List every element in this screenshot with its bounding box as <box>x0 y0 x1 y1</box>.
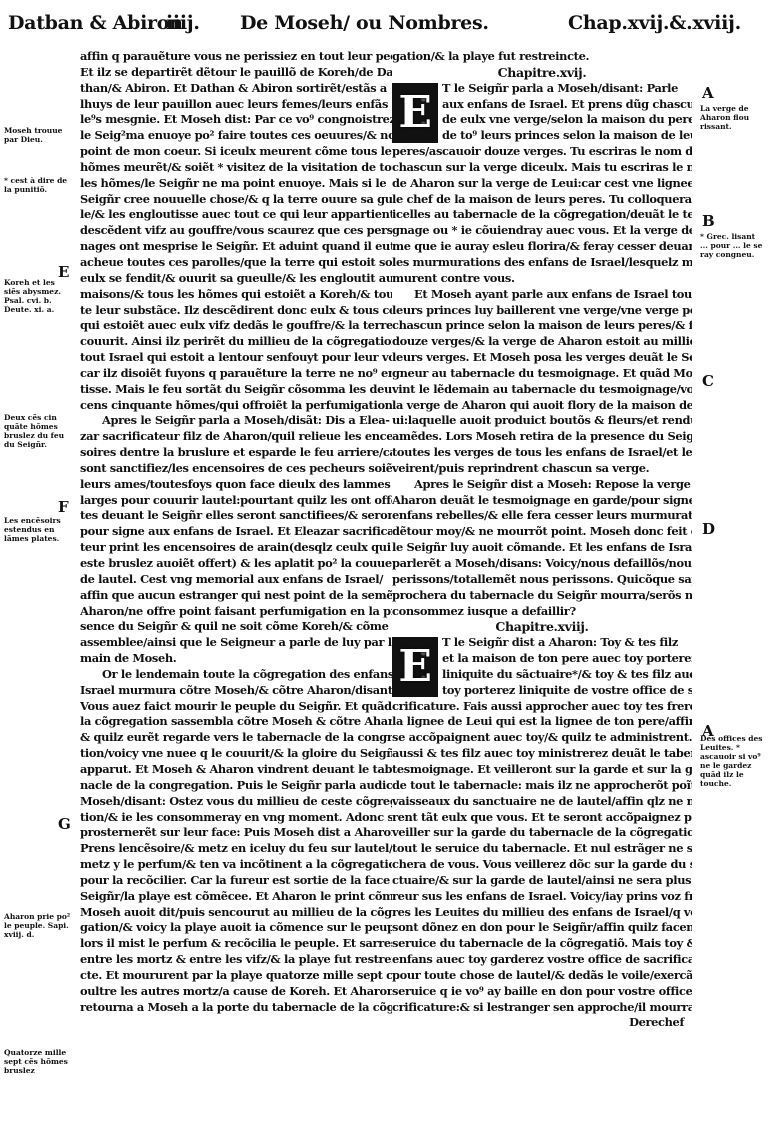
text-line: de Aharon sur la verge de Leui:car cest … <box>392 176 692 192</box>
text-line: tout le seruice du tabernacle. Et nul es… <box>392 841 692 857</box>
text-line: douze verges/& la verge de Aharon estoit… <box>392 334 692 350</box>
text-line: affin q parauẽture vous ne perissiez en … <box>80 49 392 65</box>
text-line: teur print les encensoires de arain(desq… <box>80 540 392 556</box>
text-line: than/& Abiron. Et Dathan & Abiron sortir… <box>80 81 392 97</box>
header-left-title: Datban & Abiron <box>8 12 183 34</box>
text-line: Seigñr cree nouuelle chose/& q la terre … <box>80 192 392 208</box>
text-line: te leur substãce. Ilz descẽdirent donc e… <box>80 303 392 319</box>
text-line: le Seig²ma enuoye po² faire toutes ces o… <box>80 128 392 144</box>
text-line: pour toute chose de lautel/& dedãs le vo… <box>392 968 692 984</box>
text-line: dẽtour moy/& ne mourrõt point. Moseh don… <box>392 524 692 540</box>
text-line: zar sacrificateur filz de Aharon/quil re… <box>80 429 392 445</box>
left-text-column: affin q parauẽture vous ne perissiez en … <box>80 49 392 1015</box>
text-line: descẽdent vifz au gouffre/vous scaurez q… <box>80 223 392 239</box>
text-line: apparut. Et Moseh & Aharon vindrent deua… <box>80 762 392 778</box>
text-line: aussi & tes filz auec toy ministrerez de… <box>392 746 692 762</box>
text-line: Prens lencẽsoire/& metz en iceluy du feu… <box>80 841 392 857</box>
text-line: lhuys de leur pauillon auec leurs femes/… <box>80 97 392 113</box>
text-line: le Seigñr luy auoit cõmande. Et les enfa… <box>392 540 692 556</box>
text-line: les murmurations des enfans de Israel/le… <box>392 255 692 271</box>
text-line: seruice q ie vo⁹ ay baille en don pour v… <box>392 984 692 1000</box>
chapter-range: Chap.xvij.&.xviij. <box>568 12 741 34</box>
folio-number: iiij. <box>166 12 200 34</box>
text-line: prochera du tabernacle du Seigñr mourra/… <box>392 588 692 604</box>
running-header: Datban & Abiron iiij. De Moseh/ ou Nombr… <box>8 12 760 44</box>
text-line: Or le lendemain toute la cõgregation des… <box>80 667 392 683</box>
text-line: hõmes meurẽt/& soiẽt * visitez de la vis… <box>80 160 392 176</box>
text-line: gnage ou * ie cõuiendray auec vous. Et l… <box>392 223 692 239</box>
left-margin-note: * cest à dire de la punitiõ. <box>4 176 72 194</box>
right-margin-section-letter: A <box>702 722 714 740</box>
text-line: le⁹s mesgnie. Et Moseh dist: Par ce vo⁹ … <box>80 112 392 128</box>
chapter-heading: Chapitre.xvij. <box>392 65 692 81</box>
text-line: veirent/puis reprindrent chascun sa verg… <box>392 461 692 477</box>
text-line: gation/& voicy la playe auoit ia cõmence… <box>80 920 392 936</box>
text-line: tesmoignage. Et veilleront sur la garde … <box>392 762 692 778</box>
text-line: seruice du tabernacle de la cõgregatiõ. … <box>392 936 692 952</box>
right-margin-section-letter: A <box>702 84 714 102</box>
text-line: Aharon deuãt le tesmoignage en garde/pou… <box>392 493 692 509</box>
text-line: chascun sur la verge diceulx. Mais tu es… <box>392 160 692 176</box>
left-margin-note: Quatorze mille sept cẽs hõmes bruslez <box>4 1048 72 1075</box>
text-line: se accõpaignent auec toy/& quilz te admi… <box>392 730 692 746</box>
text-line: chera de vous. Vous veillerez dõc sur la… <box>392 857 692 873</box>
text-line: reur sus les enfans de Israel. Voicy/iay… <box>392 889 692 905</box>
text-line: qui estoiẽt auec eulx vifz dedãs le gouf… <box>80 318 392 334</box>
right-margin-section-letter: D <box>702 520 715 538</box>
text-line: eulx se fendit/& ouurit sa gueulle/& les… <box>80 271 392 287</box>
initial-block: ET le Seigñr dist a Aharon: Toy & tes fi… <box>392 635 692 698</box>
text-line: vint le lẽdemain au tabernacle du tesmoi… <box>392 382 692 398</box>
text-line: res les Leuites du millieu des enfans de… <box>392 905 692 921</box>
text-line: assemblee/ainsi que le Seigneur a parle … <box>80 635 392 651</box>
text-line: de tout le tabernacle: mais ilz ne appro… <box>392 778 692 794</box>
right-text-column: gation/& la playe fut restreincte.Chapit… <box>392 49 692 1031</box>
right-margin-section-letter: C <box>702 372 714 390</box>
text-line: amẽdes. Lors Moseh retira de la presence… <box>392 429 692 445</box>
left-margin-section-letter: F <box>58 498 69 516</box>
text-line: le chef de la maison de leurs peres. Tu … <box>392 192 692 208</box>
right-margin-note: * Grec. lisant ... pour ... le se ray co… <box>700 232 764 259</box>
text-line: Moseh/disant: Ostez vous du millieu de c… <box>80 794 392 810</box>
text-line: consommez iusque a defaillir? <box>392 604 692 620</box>
left-margin-note: Koreh et les siẽs abysmez. Psal. cvi. b.… <box>4 278 72 314</box>
text-line: nacle de la congregation. Puis le Seigñr… <box>80 778 392 794</box>
book-title: De Moseh/ ou Nombres. <box>240 12 489 34</box>
text-line: este bruslez auoiẽt offert) & les aplati… <box>80 556 392 572</box>
text-line: gation/& la playe fut restreincte. <box>392 49 692 65</box>
text-line: oultre les autres mortz/a cause de Koreh… <box>80 984 392 1000</box>
text-line: ctuaire/& sur la garde de lautel/ainsi n… <box>392 873 692 889</box>
text-line: lors il mist le perfum & recõcilia le pe… <box>80 936 392 952</box>
text-line: larges pour couurir lautel:pourtant quil… <box>80 493 392 509</box>
text-line: pour la recõcilier. Car la fureur est so… <box>80 873 392 889</box>
text-line: car ilz disoiẽt fuyons q parauẽture la t… <box>80 366 392 382</box>
text-line: toutes les verges de tous les enfans de … <box>392 445 692 461</box>
text-line: maisons/& tous les hõmes qui estoiẽt a K… <box>80 287 392 303</box>
text-line: prosternerẽt sur leur face: Puis Moseh d… <box>80 825 392 841</box>
text-line: Seigñr/la playe est cõmẽcee. Et Aharon l… <box>80 889 392 905</box>
text-line: cens cinquante hõmes/qui offroiẽt la per… <box>80 398 392 414</box>
left-margin-note: Moseh trouue par Dieu. <box>4 126 72 144</box>
chapter-heading: Chapitre.xviij. <box>392 619 692 635</box>
text-line: parlerẽt a Moseh/disans: Voicy/nous defa… <box>392 556 692 572</box>
text-line: tion/& ie les consommeray en vng moment.… <box>80 810 392 826</box>
text-line: leurs princes luy baillerent vne verge/v… <box>392 303 692 319</box>
decorated-initial-capital: E <box>392 83 438 143</box>
text-line: la verge de Aharon qui auoit flory de la… <box>392 398 692 414</box>
text-line: les hõmes/le Seigñr ne ma point enuoye. … <box>80 176 392 192</box>
left-margin-section-letter: E <box>58 263 69 281</box>
text-line: main de Moseh. <box>80 651 392 667</box>
text-line: icelles au tabernacle de la cõgregation/… <box>392 207 692 223</box>
text-line: Et Moseh ayant parle aux enfans de Israe… <box>392 287 692 303</box>
text-line: la lignee de Leui qui est la lignee de t… <box>392 714 692 730</box>
text-line: tout Israel qui estoit a lentour senfouy… <box>80 350 392 366</box>
text-line: Israel murmura cõtre Moseh/& cõtre Aharo… <box>80 683 392 699</box>
text-line: crificature. Fais aussi approcher auec t… <box>392 699 692 715</box>
text-line: enfans rebelles/& elle fera cesser leurs… <box>392 508 692 524</box>
text-line: affin que aucun estranger qui nest point… <box>80 588 392 604</box>
text-line: entre les mortz & entre les vifz/& la pl… <box>80 952 392 968</box>
text-line: & quilz eurẽt regarde vers le tabernacle… <box>80 730 392 746</box>
initial-block: ET le Seigñr parla a Moseh/disant: Parle… <box>392 81 692 144</box>
text-line: de lautel. Cest vng memorial aux enfans … <box>80 572 392 588</box>
text-line: tes deuant le Seigñr elles seront sancti… <box>80 508 392 524</box>
text-line: enfans auec toy garderez vostre office d… <box>392 952 692 968</box>
decorated-initial-capital: E <box>392 637 438 697</box>
text-line: sont dõnez en don pour le Seigñr/affin q… <box>392 920 692 936</box>
text-line: la cõgregation sassembla cõtre Moseh & c… <box>80 714 392 730</box>
text-line: crificature:& si lestranger sen approche… <box>392 1000 692 1016</box>
text-line: Apres le Seigñr parla a Moseh/disãt: Dis… <box>80 413 392 429</box>
text-line: gneur au tabernacle du tesmoignage. Et q… <box>392 366 692 382</box>
text-line: chascun prince selon la maison de leurs … <box>392 318 692 334</box>
text-line: cte. Et moururent par la playe quatorze … <box>80 968 392 984</box>
text-line: nages ont mesprise le Seigñr. Et aduint … <box>80 239 392 255</box>
text-line: murent contre vous. <box>392 271 692 287</box>
text-line: soires dentre la bruslure et esparde le … <box>80 445 392 461</box>
left-margin-section-letter: G <box>58 815 71 833</box>
text-line: pour signe aux enfans de Israel. Et Elea… <box>80 524 392 540</box>
text-line: Aharon/ne offre point faisant perfumigat… <box>80 604 392 620</box>
text-line: ui:laquelle auoit produict boutõs & fleu… <box>392 413 692 429</box>
text-line: metz y le perfum/& ten va incõtinent a l… <box>80 857 392 873</box>
text-line: Et ilz se departirẽt dẽtour le pauillõ d… <box>80 65 392 81</box>
text-line: Vous auez faict mourir le peuple du Seig… <box>80 699 392 715</box>
text-line: leurs verges. Et Moseh posa les verges d… <box>392 350 692 366</box>
left-margin-note: Aharon prie po² le peuple. Sapi. xviij. … <box>4 912 72 939</box>
text-line: retourna a Moseh a la porte du tabernacl… <box>80 1000 392 1016</box>
catchword: Derechef <box>392 1015 692 1031</box>
text-line: leurs ames/toutesfoys quon face dieulx d… <box>80 477 392 493</box>
right-margin-note: La verge de Aharon flou rissant. <box>700 104 764 131</box>
text-line: Apres le Seigñr dist a Moseh: Repose la … <box>392 477 692 493</box>
text-line: Moseh auoit dit/puis sencourut au millie… <box>80 905 392 921</box>
text-line: peres/ascauoir douze verges. Tu escriras… <box>392 144 692 160</box>
left-margin-note: Les encẽsoirs estendus en lãmes plates. <box>4 516 72 543</box>
text-line: perissons/totallemẽt nous perissons. Qui… <box>392 572 692 588</box>
text-line: tisse. Mais le feu sortãt du Seigñr cõso… <box>80 382 392 398</box>
left-margin-note: Deux cẽs cin quãte hõmes bruslez du feu … <box>4 413 72 449</box>
text-line: sont sanctifiez/les encensoires de ces p… <box>80 461 392 477</box>
text-line: vaisseaux du sanctuaire ne de lautel/aff… <box>392 794 692 810</box>
text-line: le/& les engloutisse auec tout ce qui le… <box>80 207 392 223</box>
text-line: me que ie auray esleu florira/& feray ce… <box>392 239 692 255</box>
text-line: point de mon coeur. Si iceulx meurent cõ… <box>80 144 392 160</box>
right-margin-section-letter: B <box>702 212 715 230</box>
right-margin-note: Des offices des Leuites. * ascauoir si v… <box>700 734 764 788</box>
text-line: tion/voicy vne nuee q le couurit/& la gl… <box>80 746 392 762</box>
text-line: couurit. Ainsi ilz perirẽt du millieu de… <box>80 334 392 350</box>
text-line: sence du Seigñr & quil ne soit cõme Kore… <box>80 619 392 635</box>
text-line: acheue toutes ces parolles/que la terre … <box>80 255 392 271</box>
text-line: veiller sur la garde du tabernacle de la… <box>392 825 692 841</box>
text-line: rent tãt eulx que vous. Et te seront acc… <box>392 810 692 826</box>
